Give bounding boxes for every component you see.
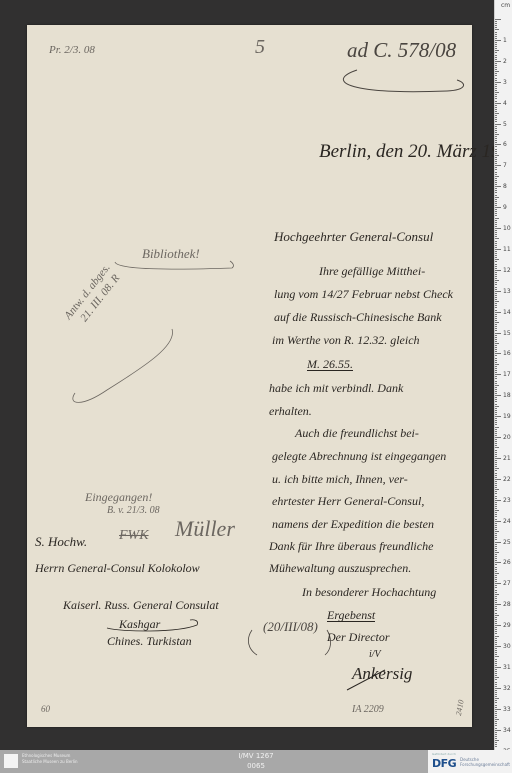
ruler-tick xyxy=(495,675,497,676)
ruler-tick xyxy=(495,663,497,664)
ruler-tick xyxy=(495,289,497,290)
ruler-label: 14 xyxy=(503,309,511,316)
ruler-tick xyxy=(495,243,497,244)
ruler-tick xyxy=(495,395,501,396)
ruler-tick xyxy=(495,594,499,595)
ruler-tick xyxy=(495,301,499,302)
ruler-label: 15 xyxy=(503,330,511,337)
ruler-tick xyxy=(495,579,497,580)
letter-page: Pr. 2/3. 08 5 ad C. 578/08 Berlin, den 2… xyxy=(27,25,472,727)
ruler-tick xyxy=(495,266,497,267)
ruler-label: 18 xyxy=(503,392,511,399)
ruler-tick xyxy=(495,510,499,511)
ruler-tick xyxy=(495,429,497,430)
ruler-tick xyxy=(495,86,497,87)
ruler-tick xyxy=(495,245,497,246)
ruler-tick xyxy=(495,264,497,265)
ruler-tick xyxy=(495,420,497,421)
ruler-tick xyxy=(495,625,501,626)
ruler-tick xyxy=(495,312,501,313)
ruler-tick xyxy=(495,621,497,622)
ruler-tick xyxy=(495,71,499,72)
ruler-tick xyxy=(495,711,497,712)
ruler-tick xyxy=(495,581,497,582)
ruler-tick xyxy=(495,96,497,97)
ruler-label: 25 xyxy=(503,539,511,546)
ruler-tick xyxy=(495,667,501,668)
funder-small-text: Gefördert durch xyxy=(432,752,456,756)
ruler-tick xyxy=(495,284,497,285)
ruler-tick xyxy=(495,305,497,306)
ruler-tick xyxy=(495,349,497,350)
ruler-tick xyxy=(495,606,497,607)
ruler-tick xyxy=(495,111,497,112)
ruler-tick xyxy=(495,378,497,379)
ruler-tick xyxy=(495,646,501,647)
ruler-tick xyxy=(495,67,497,68)
ruler-tick xyxy=(495,548,497,549)
ruler-tick xyxy=(495,75,497,76)
ruler-tick xyxy=(495,393,497,394)
ruler-tick xyxy=(495,184,497,185)
ruler-tick xyxy=(495,207,501,208)
ruler-tick xyxy=(495,230,497,231)
ruler-tick xyxy=(495,374,501,375)
ruler-tick xyxy=(495,92,499,93)
ruler-label: 30 xyxy=(503,643,511,650)
ruler-label: 4 xyxy=(503,100,507,107)
ruler-tick xyxy=(495,514,497,515)
ruler-label: 2 xyxy=(503,58,507,65)
ruler-tick xyxy=(495,715,497,716)
ruler-tick xyxy=(495,629,497,630)
ruler-tick xyxy=(495,742,497,743)
funder-name: Deutsche Forschungsgemeinschaft xyxy=(460,757,510,767)
ruler-tick xyxy=(495,182,497,183)
ruler-tick xyxy=(495,52,497,53)
ruler-tick xyxy=(495,684,497,685)
ruler-tick xyxy=(495,274,497,275)
ruler-tick xyxy=(495,707,497,708)
ruler-tick xyxy=(495,623,497,624)
ruler-tick xyxy=(495,322,499,323)
ruler-tick xyxy=(495,744,497,745)
ruler-label: 8 xyxy=(503,183,507,190)
ruler-tick xyxy=(495,299,497,300)
ruler-tick xyxy=(495,293,497,294)
ruler-tick xyxy=(495,665,497,666)
ruler-tick xyxy=(495,585,497,586)
ruler-tick xyxy=(495,696,497,697)
ruler-tick xyxy=(495,347,497,348)
ruler-tick xyxy=(495,320,497,321)
ruler-tick xyxy=(495,521,501,522)
ruler-tick xyxy=(495,452,497,453)
ruler-label: 9 xyxy=(503,204,507,211)
ruler-label: 6 xyxy=(503,141,507,148)
ruler-tick xyxy=(495,468,499,469)
ruler-tick xyxy=(495,560,497,561)
ruler-tick xyxy=(495,483,497,484)
ruler-tick xyxy=(495,470,497,471)
ruler-tick xyxy=(495,401,497,402)
ruler-tick xyxy=(495,516,497,517)
ruler-tick xyxy=(495,690,497,691)
ruler-tick xyxy=(495,397,497,398)
ruler-tick xyxy=(495,439,497,440)
ruler-tick xyxy=(495,590,497,591)
ruler-tick xyxy=(495,406,499,407)
ruler-tick xyxy=(495,692,497,693)
ruler-label: 23 xyxy=(503,497,511,504)
ruler-tick xyxy=(495,648,497,649)
ruler-tick xyxy=(495,498,497,499)
ruler-tick xyxy=(495,736,497,737)
ruler-tick xyxy=(495,44,497,45)
ruler-tick xyxy=(495,677,499,678)
ruler-tick xyxy=(495,473,497,474)
ruler-tick xyxy=(495,721,497,722)
ruler-tick xyxy=(495,224,497,225)
ruler-tick xyxy=(495,725,497,726)
ruler-tick xyxy=(495,73,497,74)
ruler-tick xyxy=(495,19,501,20)
ruler-tick xyxy=(495,107,497,108)
ruler-tick xyxy=(495,303,497,304)
ruler-tick xyxy=(495,705,497,706)
ruler-tick xyxy=(495,489,499,490)
ruler-tick xyxy=(495,351,497,352)
ruler-tick xyxy=(495,569,497,570)
ruler-tick xyxy=(495,236,497,237)
ruler-label: 12 xyxy=(503,267,511,274)
ruler-tick xyxy=(495,105,497,106)
ruler-tick xyxy=(495,23,497,24)
ruler-tick xyxy=(495,638,497,639)
ruler-tick xyxy=(495,222,497,223)
ruler-tick xyxy=(495,343,499,344)
ruler-tick xyxy=(495,307,497,308)
ruler-tick xyxy=(495,418,497,419)
ruler-tick xyxy=(495,178,497,179)
ruler-tick xyxy=(495,410,497,411)
ruler-tick xyxy=(495,134,499,135)
ruler-tick xyxy=(495,502,497,503)
ruler-tick xyxy=(495,723,497,724)
ruler-tick xyxy=(495,481,497,482)
ruler-tick xyxy=(495,475,497,476)
ruler-tick xyxy=(495,456,497,457)
ruler-tick xyxy=(495,270,501,271)
ruler-tick xyxy=(495,226,497,227)
ruler-tick xyxy=(495,506,497,507)
ruler-tick xyxy=(495,199,497,200)
ruler-tick xyxy=(495,197,499,198)
ruler-tick xyxy=(495,55,497,56)
ruler-tick xyxy=(495,115,497,116)
ruler-tick xyxy=(495,40,501,41)
ruler-tick xyxy=(495,268,497,269)
ruler-tick xyxy=(495,527,497,528)
ruler-tick xyxy=(495,157,497,158)
ruler-label: 20 xyxy=(503,434,511,441)
ruler-tick xyxy=(495,496,497,497)
ruler-tick xyxy=(495,556,497,557)
ruler-tick xyxy=(495,188,497,189)
ruler-tick xyxy=(495,78,497,79)
ruler-tick xyxy=(495,627,497,628)
ruler-tick xyxy=(495,416,501,417)
ruler-tick xyxy=(495,659,497,660)
ruler-tick xyxy=(495,424,497,425)
ruler-tick xyxy=(495,155,499,156)
ruler-tick xyxy=(495,259,499,260)
ruler-tick xyxy=(495,491,497,492)
ruler-tick xyxy=(495,652,497,653)
ruler-tick xyxy=(495,531,499,532)
ruler-tick xyxy=(495,554,497,555)
ruler-tick xyxy=(495,318,497,319)
ruler-tick xyxy=(495,65,497,66)
ruler-tick xyxy=(495,109,497,110)
ruler-tick xyxy=(495,700,497,701)
ruler-tick xyxy=(495,255,497,256)
ruler-tick xyxy=(495,738,497,739)
ruler-tick xyxy=(495,368,497,369)
ruler-tick xyxy=(495,732,497,733)
dfg-logo-icon: DFG xyxy=(432,757,456,770)
ruler-tick xyxy=(495,360,497,361)
ruler-tick xyxy=(495,167,497,168)
ruler-tick xyxy=(495,257,497,258)
ruler-tick xyxy=(495,702,497,703)
ruler-tick xyxy=(495,571,497,572)
ruler-tick xyxy=(495,142,497,143)
ruler-tick xyxy=(495,98,497,99)
ruler-tick xyxy=(495,295,497,296)
ruler-tick xyxy=(495,251,497,252)
ruler-unit: cm xyxy=(501,2,510,9)
ruler-label: 32 xyxy=(503,685,511,692)
ruler-tick xyxy=(495,642,497,643)
ruler-tick xyxy=(495,119,497,120)
ruler-tick xyxy=(495,631,497,632)
ruler-tick xyxy=(495,598,497,599)
ruler-tick xyxy=(495,567,497,568)
ruler-tick xyxy=(495,48,497,49)
ruler-tick xyxy=(495,437,501,438)
ruler-tick xyxy=(495,38,497,39)
ruler-tick xyxy=(495,42,497,43)
ruler-tick xyxy=(495,458,501,459)
ruler-tick xyxy=(495,310,497,311)
ruler-tick xyxy=(495,124,501,125)
ruler-tick xyxy=(495,619,497,620)
ruler-tick xyxy=(495,387,497,388)
ruler-tick xyxy=(495,550,497,551)
ruler-tick xyxy=(495,32,497,33)
ruler-tick xyxy=(495,636,499,637)
ruler-label: 34 xyxy=(503,727,511,734)
handwriting-flourishes xyxy=(27,25,472,727)
ruler-tick xyxy=(495,504,497,505)
ruler-tick xyxy=(495,103,501,104)
ruler-tick xyxy=(495,205,497,206)
ruler-tick xyxy=(495,573,499,574)
ruler-tick xyxy=(495,613,497,614)
ruler-tick xyxy=(495,537,497,538)
ruler-tick xyxy=(495,362,497,363)
ruler-tick xyxy=(495,128,497,129)
ruler-tick xyxy=(495,740,499,741)
ruler-tick xyxy=(495,447,499,448)
ruler-tick xyxy=(495,558,497,559)
ruler-tick xyxy=(495,462,497,463)
ruler-tick xyxy=(495,544,497,545)
ruler-tick xyxy=(495,477,497,478)
ruler-tick xyxy=(495,592,497,593)
ruler-label: 27 xyxy=(503,580,511,587)
ruler-tick xyxy=(495,330,497,331)
ruler-label: 22 xyxy=(503,476,511,483)
ruler-tick xyxy=(495,661,497,662)
ruler-label: 10 xyxy=(503,225,511,232)
ruler-tick xyxy=(495,149,497,150)
ruler-tick xyxy=(495,34,497,35)
ruler-tick xyxy=(495,326,497,327)
ruler-tick xyxy=(495,234,497,235)
ruler-tick xyxy=(495,144,501,145)
ruler-tick xyxy=(495,113,499,114)
ruler-tick xyxy=(495,57,497,58)
ruler-tick xyxy=(495,341,497,342)
ruler-tick xyxy=(495,153,497,154)
ruler-tick xyxy=(495,138,497,139)
ruler-tick xyxy=(495,617,497,618)
ruler-tick xyxy=(495,640,497,641)
ruler-tick xyxy=(495,542,501,543)
ruler-tick xyxy=(495,575,497,576)
ruler-tick xyxy=(495,215,497,216)
ruler-tick xyxy=(495,587,497,588)
ruler-tick xyxy=(495,493,497,494)
ruler-tick xyxy=(495,59,497,60)
ruler-tick xyxy=(495,686,497,687)
ruler-tick xyxy=(495,688,501,689)
ruler-tick xyxy=(495,209,497,210)
ruler-tick xyxy=(495,414,497,415)
ruler-label: 1 xyxy=(503,37,507,44)
ruler-tick xyxy=(495,370,497,371)
ruler-tick xyxy=(495,337,497,338)
ruler-tick xyxy=(495,25,497,26)
ruler-tick xyxy=(495,600,497,601)
ruler-tick xyxy=(495,728,497,729)
ruler-tick xyxy=(495,717,497,718)
ruler-tick xyxy=(495,364,499,365)
ruler-tick xyxy=(495,172,497,173)
ruler-tick xyxy=(495,412,497,413)
ruler-tick xyxy=(495,314,497,315)
ruler-tick xyxy=(495,90,497,91)
ruler-tick xyxy=(495,535,497,536)
ruler-tick xyxy=(495,673,497,674)
ruler-label: 16 xyxy=(503,350,511,357)
ruler-tick xyxy=(495,694,497,695)
ruler-tick xyxy=(495,190,497,191)
ruler-tick xyxy=(495,253,497,254)
ruler-label: 11 xyxy=(503,246,511,253)
ruler-tick xyxy=(495,201,497,202)
ruler-tick xyxy=(495,464,497,465)
ruler-tick xyxy=(495,427,499,428)
ruler-tick xyxy=(495,713,497,714)
ruler-tick xyxy=(495,261,497,262)
ruler-tick xyxy=(495,564,497,565)
ruler-tick xyxy=(495,36,497,37)
ruler-label: 17 xyxy=(503,371,511,378)
ruler-tick xyxy=(495,69,497,70)
ruler-tick xyxy=(495,82,501,83)
ruler-tick xyxy=(495,682,497,683)
ruler-label: 7 xyxy=(503,162,507,169)
ruler-tick xyxy=(495,282,497,283)
ruler-tick xyxy=(495,450,497,451)
ruler-tick xyxy=(495,408,497,409)
ruler-tick xyxy=(495,602,497,603)
ruler-tick xyxy=(495,328,497,329)
ruler-tick xyxy=(495,734,497,735)
ruler-tick xyxy=(495,533,497,534)
ruler-tick xyxy=(495,596,497,597)
ruler-tick xyxy=(495,358,497,359)
ruler-tick xyxy=(495,608,497,609)
ruler-tick xyxy=(495,213,497,214)
ruler-tick xyxy=(495,80,497,81)
ruler-tick xyxy=(495,435,497,436)
ruler-tick xyxy=(495,539,497,540)
ruler-tick xyxy=(495,161,497,162)
ruler-tick xyxy=(495,151,497,152)
ruler-tick xyxy=(495,633,497,634)
ruler-tick xyxy=(495,583,501,584)
ruler-label: 33 xyxy=(503,706,511,713)
ruler-tick xyxy=(495,376,497,377)
ruler-tick xyxy=(495,241,497,242)
ruler-tick xyxy=(495,46,497,47)
ruler-tick xyxy=(495,523,497,524)
ruler-tick xyxy=(495,610,497,611)
ruler-tick xyxy=(495,577,497,578)
ruler-tick xyxy=(495,159,497,160)
ruler-tick xyxy=(495,211,497,212)
ruler-tick xyxy=(495,297,497,298)
ruler-tick xyxy=(495,433,497,434)
ruler-tick xyxy=(495,650,497,651)
ruler-tick xyxy=(495,443,497,444)
ruler-label: 5 xyxy=(503,121,507,128)
ruler-tick xyxy=(495,679,497,680)
ruler-tick xyxy=(495,121,497,122)
ruler-tick xyxy=(495,192,497,193)
ruler-tick xyxy=(495,391,497,392)
ruler-tick xyxy=(495,247,497,248)
ruler-tick xyxy=(495,165,501,166)
ruler-tick xyxy=(495,615,499,616)
ruler-label: 21 xyxy=(503,455,511,462)
ruler-tick xyxy=(495,174,497,175)
ruler-tick xyxy=(495,88,497,89)
